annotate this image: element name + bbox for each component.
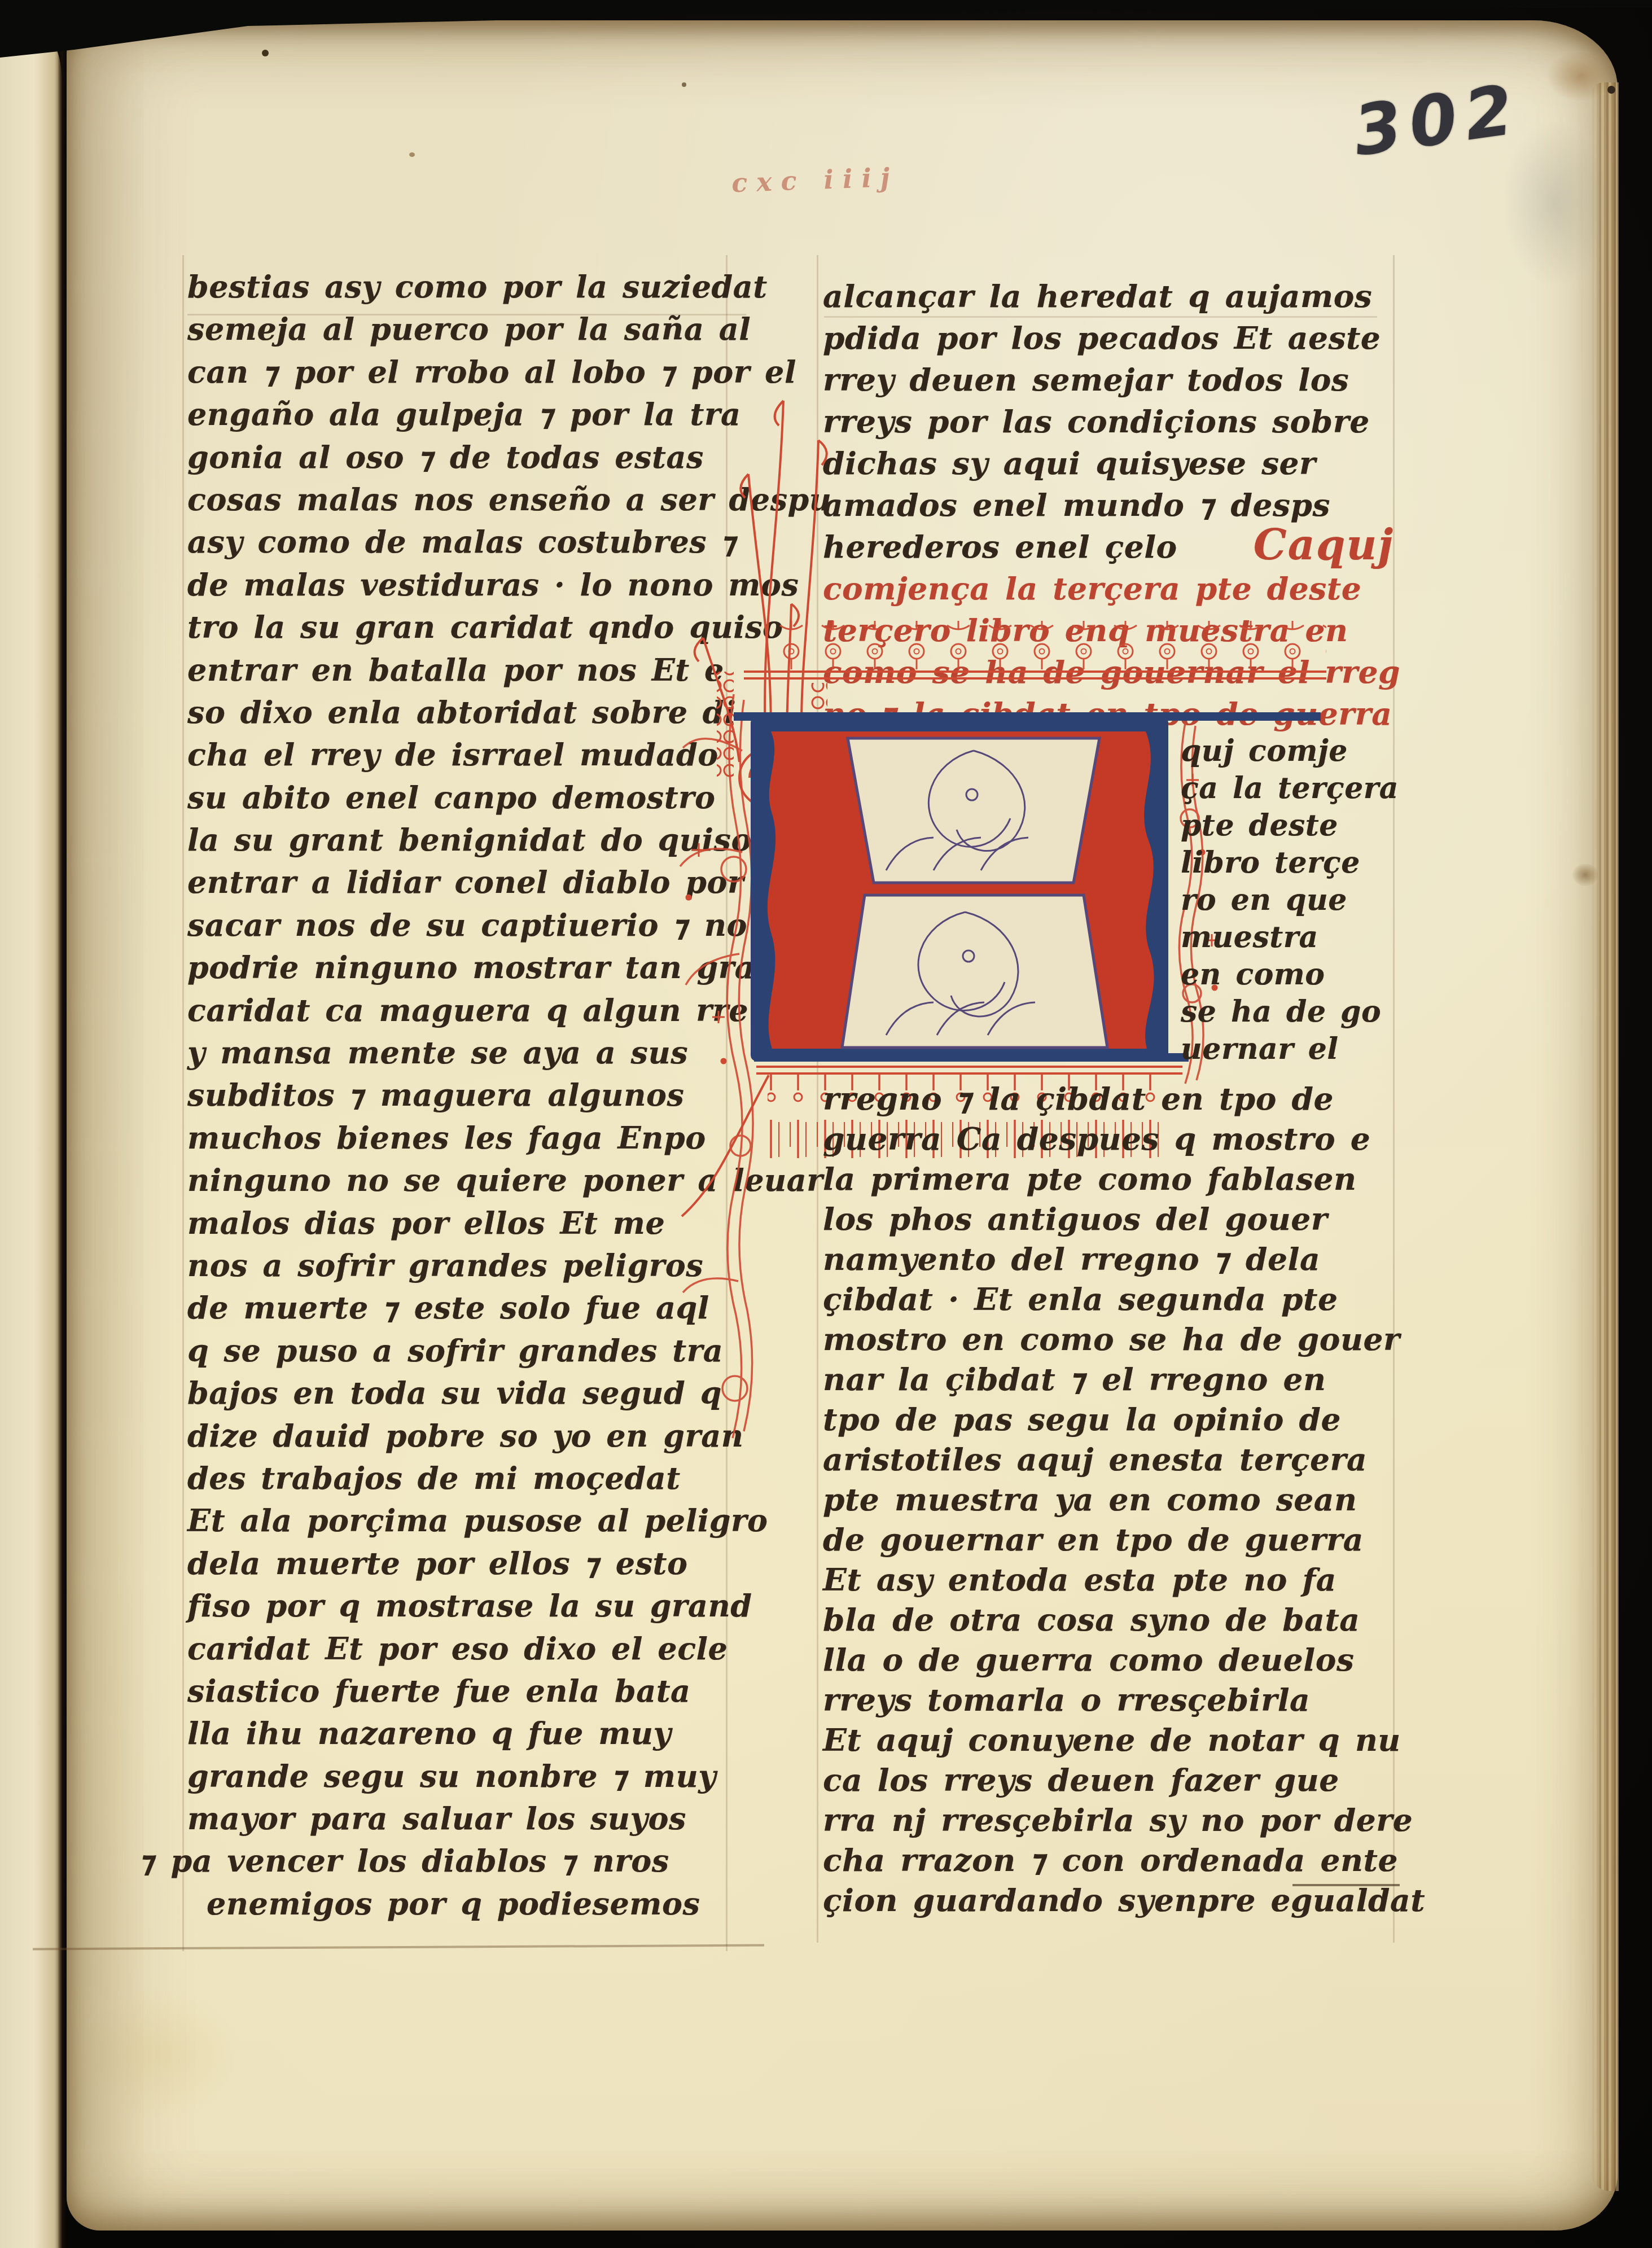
manuscript-text-line: namyento del rregno ⁊ dela <box>823 1241 1397 1281</box>
manuscript-text-line: des trabajos de mi moçedat <box>187 1460 729 1502</box>
manuscript-text-line: Et asy entoda esta pte no fa <box>823 1561 1397 1601</box>
manuscript-text-line: libro terçe <box>1181 845 1391 883</box>
manuscript-text-line: bestias asy como por la suziedat <box>187 269 729 311</box>
manuscript-text-line: pte deste <box>1181 808 1391 845</box>
manuscript-text-line: so dixo enla abtoridat sobre di <box>187 694 729 737</box>
manuscript-text-line: engaño ala gulpeja ⁊ por la tra <box>187 396 729 439</box>
manuscript-text-line: en como <box>1181 957 1391 994</box>
manuscript-text-line: muchos bienes les faga Enpo <box>187 1120 729 1162</box>
manuscript-text-line: mayor para saluar los suyos <box>187 1800 729 1843</box>
left-filigree <box>680 694 753 1438</box>
manuscript-text-line: dela muerte por ellos ⁊ esto <box>187 1545 729 1588</box>
manuscript-text-line: cha el rrey de isrrael mudado <box>187 737 729 779</box>
manuscript-text-line: subditos ⁊ maguera algunos <box>187 1077 729 1119</box>
manuscript-text-line: rra nj rresçebirla sy no por dere <box>823 1802 1397 1842</box>
ink-speck <box>262 50 269 56</box>
facing-page-edge <box>0 32 62 2248</box>
manuscript-text-line: caridat Et por eso dixo el ecle <box>187 1631 729 1673</box>
stain <box>73 1987 243 2122</box>
manuscript-text-line: quj comje <box>1181 734 1391 771</box>
manuscript-text-line: caridat ca maguera q algun rre <box>187 992 729 1035</box>
manuscript-text-line: tpo de pas segu la opinio de <box>823 1401 1397 1441</box>
manuscript-text-line: asy como de malas costubres ⁊ <box>187 524 729 566</box>
manuscript-text-line: se ha de go <box>1181 994 1391 1032</box>
left-text-column: bestias asy como por la suziedatsemeja a… <box>187 269 729 1928</box>
manuscript-text-line: ro en que <box>1181 883 1391 920</box>
manuscript-text-line: Et ala porçima pusose al peligro <box>187 1502 729 1545</box>
manuscript-text-line: Et aquj conuyene de notar q nu <box>823 1721 1397 1761</box>
manuscript-text-line: pte muestra ya en como sean <box>823 1481 1397 1521</box>
manuscript-text-line: la su grant benignidat do quiso <box>187 822 729 864</box>
initial-side-text: quj comjeça la terçerapte destelibro ter… <box>1181 734 1391 1069</box>
manuscript-text-line: muestra <box>1181 920 1391 957</box>
manuscript-text-line: gonia al oso ⁊ de todas estas <box>187 439 729 481</box>
manuscript-text-line: de muerte ⁊ este solo fue aql <box>187 1290 729 1332</box>
manuscript-text-line: enemigos por q podiesemos <box>207 1886 729 1928</box>
manuscript-text-line: de malas vestiduras · lo nono mos <box>187 567 729 609</box>
arcade-band <box>762 621 1326 669</box>
manuscript-text-line: ca los rreys deuen fazer gue <box>823 1761 1397 1802</box>
manuscript-text-line: cosas malas nos enseño a ser despu <box>187 481 729 524</box>
manuscript-text-line: tro la su gran caridat qndo quiso <box>187 609 729 651</box>
manuscript-text-line: semeja al puerco por la saña al <box>187 311 729 353</box>
manuscript-text-line: ninguno no se quiere poner a leuar <box>187 1162 729 1204</box>
manuscript-text-line: çion guardando syenpre egualdat <box>823 1882 1397 1922</box>
ink-speck <box>682 82 686 87</box>
manuscript-text-line: su abito enel canpo demostro <box>187 779 729 822</box>
manuscript-text-line: lla ihu nazareno q fue muy <box>187 1715 729 1758</box>
manuscript-text-line: entrar en batalla por nos Et e <box>187 652 729 694</box>
manuscript-text-line: uernar el <box>1181 1032 1391 1069</box>
manuscript-text-line: bla de otra cosa syno de bata <box>823 1601 1397 1641</box>
manuscript-text-line: guerra Ca despues q mostro e <box>823 1120 1397 1160</box>
manuscript-text-line: fiso por q mostrase la su grand <box>187 1588 729 1630</box>
ink-speck <box>1607 86 1615 94</box>
folio-mark: cxc iiij <box>731 162 899 198</box>
manuscript-text-line: ⁊ pa vencer los diablos ⁊ nros <box>140 1843 729 1885</box>
manuscript-text-line: siastico fuerte fue enla bata <box>187 1673 729 1715</box>
manuscript-photo: 302 cxc iiij bestias asy como por la suz… <box>0 0 1652 2248</box>
ink-speck <box>409 152 415 157</box>
manuscript-text-line: la primera pte como fablasen <box>823 1160 1397 1200</box>
manuscript-text-line: entrar a lidiar conel diablo por <box>187 864 729 906</box>
manuscript-text-line: can ⁊ por el rrobo al lobo ⁊ por el <box>187 354 729 396</box>
book-gutter <box>58 51 67 2248</box>
manuscript-text-line: de gouernar en tpo de guerra <box>823 1521 1397 1561</box>
manuscript-text-line: los phos antiguos del gouer <box>823 1200 1397 1241</box>
fore-edge-pages <box>1592 82 1619 2191</box>
manuscript-text-line: rreys tomarla o rresçebirla <box>823 1681 1397 1721</box>
stain <box>1572 864 1598 886</box>
manuscript-text-line: dize dauid pobre so yo en gran <box>187 1418 729 1460</box>
right-text-column-body: rregno ⁊ la çibdat en tpo deguerra Ca de… <box>823 1080 1397 1922</box>
ruling-line <box>182 255 184 1951</box>
stain <box>1546 51 1614 102</box>
manuscript-text-line: q se puso a sofrir grandes tra <box>187 1333 729 1375</box>
manuscript-text-line: rregno ⁊ la çibdat en tpo de <box>823 1080 1397 1120</box>
manuscript-text-line: ça la terçera <box>1181 771 1391 808</box>
manuscript-text-line: malos dias por ellos Et me <box>187 1205 729 1247</box>
manuscript-text-line: grande segu su nonbre ⁊ muy <box>187 1758 729 1800</box>
manuscript-text-line: çibdat · Et enla segunda pte <box>823 1281 1397 1321</box>
manuscript-text-line: lla o de guerra como deuelos <box>823 1641 1397 1681</box>
manuscript-text-line: nar la çibdat ⁊ el rregno en <box>823 1361 1397 1401</box>
manuscript-text-line: cha rrazon ⁊ con ordenada ente <box>823 1842 1397 1882</box>
manuscript-text-line: aristotiles aquj enesta terçera <box>823 1441 1397 1481</box>
manuscript-text-line: y mansa mente se aya a sus <box>187 1035 729 1077</box>
manuscript-text-line: alcançar la heredat q aujamos <box>823 278 1394 319</box>
manuscript-text-line: podrie ninguno mostrar tan grat <box>187 949 729 992</box>
manuscript-text-line: mostro en como se ha de gouer <box>823 1321 1397 1361</box>
manuscript-text-line: pdida por los pecados Et aeste <box>823 319 1394 361</box>
manuscript-text-line: bajos en toda su vida segud q <box>187 1375 729 1417</box>
manuscript-text-line: nos a sofrir grandes peligros <box>187 1247 729 1290</box>
manuscript-text-line: sacar nos de su captiuerio ⁊ no <box>187 907 729 949</box>
